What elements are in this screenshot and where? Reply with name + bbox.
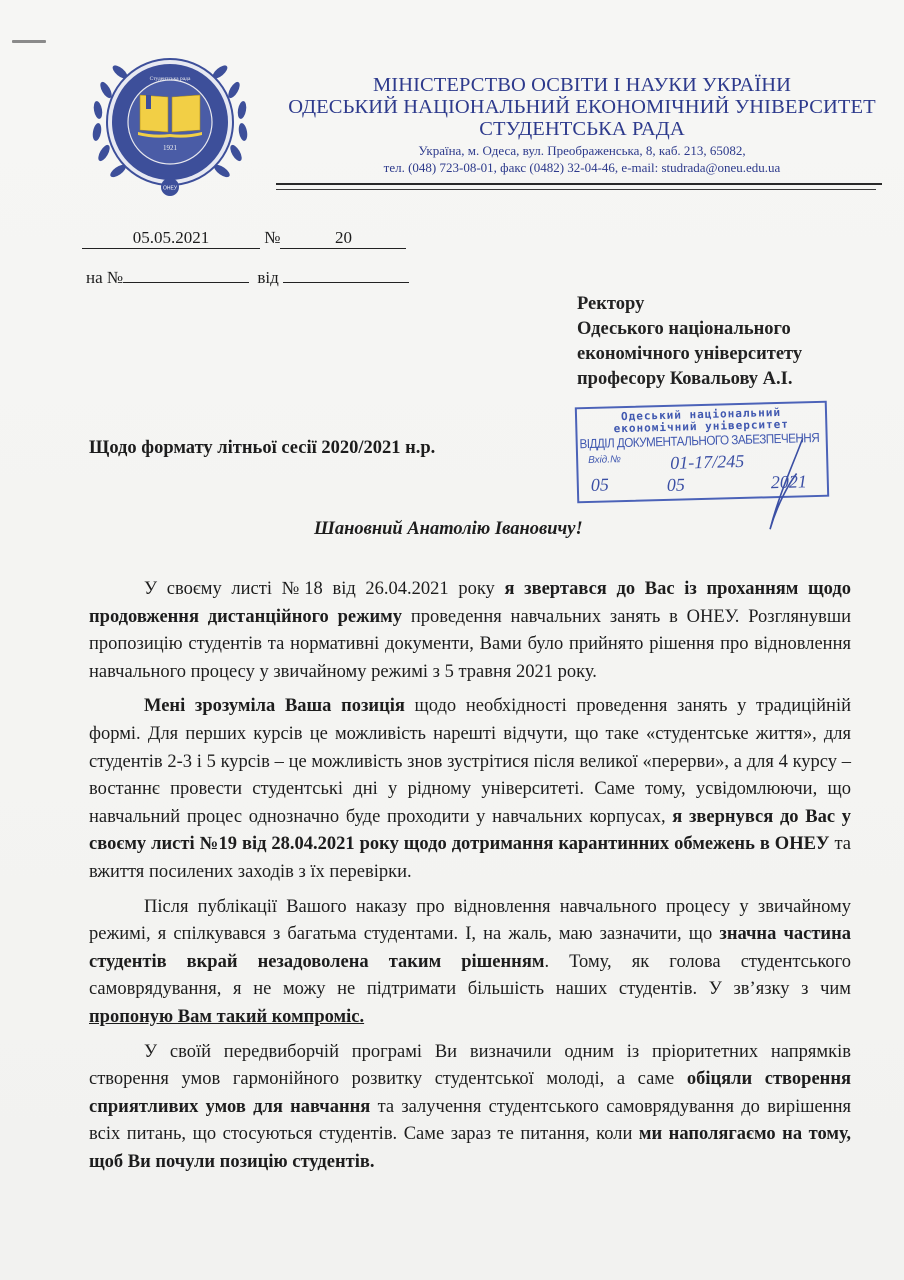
university-name: ОДЕСЬКИЙ НАЦІОНАЛЬНИЙ ЕКОНОМІЧНИЙ УНІВЕР… xyxy=(282,96,882,118)
reply-to-label: на № xyxy=(86,268,123,287)
from-label: від xyxy=(257,268,278,287)
outgoing-date: 05.05.2021 xyxy=(82,228,260,249)
outgoing-number: 20 xyxy=(280,228,406,249)
header-rule xyxy=(276,183,882,185)
letter-subject: Щодо формату літньої сесії 2020/2021 н.р… xyxy=(89,438,435,459)
underlined-emphasis: пропоную Вам такий компроміс. xyxy=(89,1007,364,1027)
addressee-line: Одеського національного xyxy=(577,317,802,342)
stamp-incoming-number: 01-17/245 xyxy=(670,451,745,474)
stamp-day: 05 xyxy=(591,474,610,495)
paragraph-3: Після публікації Вашого наказу про відно… xyxy=(89,894,851,1032)
addressee-line: економічного університету xyxy=(577,342,802,367)
address: Україна, м. Одеса, вул. Преображенська, … xyxy=(282,142,882,159)
addressee-block: Ректору Одеського національного економіч… xyxy=(577,292,802,392)
svg-text:1921: 1921 xyxy=(163,144,178,152)
reply-registration: на № від xyxy=(86,264,409,288)
incoming-registration-stamp: Одеський національний економічний універ… xyxy=(575,401,829,504)
ministry-name: МІНІСТЕРСТВО ОСВІТИ І НАУКИ УКРАЇНИ xyxy=(282,74,882,96)
paragraph-1: У своєму листі №18 від 26.04.2021 року я… xyxy=(89,576,851,686)
outgoing-registration: 05.05.2021 №20 xyxy=(82,228,406,249)
letterhead-header: МІНІСТЕРСТВО ОСВІТИ І НАУКИ УКРАЇНИ ОДЕС… xyxy=(282,74,882,176)
header-rule-thin xyxy=(276,189,876,190)
paragraph-2: Мені зрозуміла Ваша позиція щодо необхід… xyxy=(89,693,851,886)
svg-text:ОНЕУ: ОНЕУ xyxy=(163,186,178,192)
addressee-line: професору Ковальову А.І. xyxy=(577,367,802,392)
emphasis: Мені зрозуміла Ваша позиція xyxy=(144,696,405,716)
svg-text:Студентська рада: Студентська рада xyxy=(150,76,191,82)
salutation: Шановний Анатолію Івановичу! xyxy=(314,519,583,540)
council-name: СТУДЕНТСЬКА РАДА xyxy=(282,118,882,140)
from-date xyxy=(283,264,409,283)
signature-icon xyxy=(748,433,821,535)
student-council-emblem-icon: 1921 Студентська рада ОНЕУ xyxy=(80,40,260,200)
reply-to-number xyxy=(123,264,249,283)
number-label: № xyxy=(264,228,280,247)
stamp-month: 05 xyxy=(667,474,686,495)
staple-mark xyxy=(12,40,46,43)
paragraph-4: У своїй передвиборчій програмі Ви визнач… xyxy=(89,1039,851,1177)
letter-page: 1921 Студентська рада ОНЕУ МІНІСТЕРСТВО … xyxy=(0,0,904,1280)
letter-body: У своєму листі №18 від 26.04.2021 року я… xyxy=(89,576,851,1183)
contacts: тел. (048) 723-08-01, факс (0482) 32-04-… xyxy=(282,159,882,176)
addressee-line: Ректору xyxy=(577,292,802,317)
